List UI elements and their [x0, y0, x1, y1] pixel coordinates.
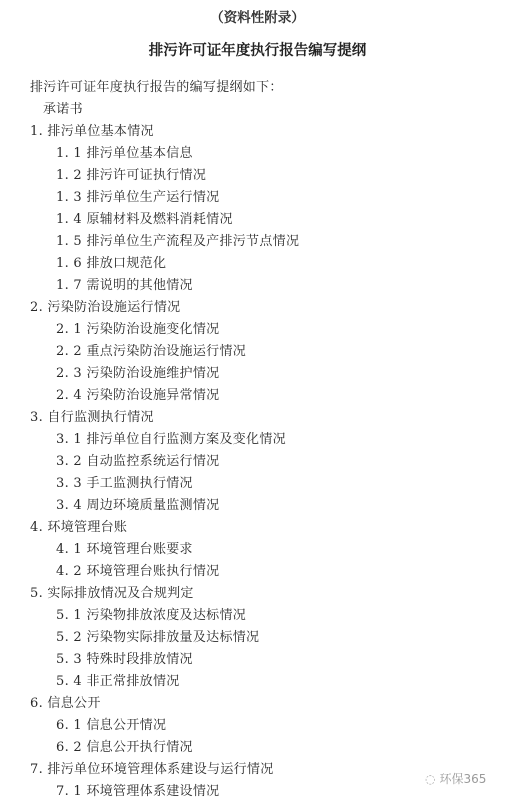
outline-item: 5. 2 污染物实际排放量及达标情况 [56, 626, 259, 645]
watermark: ◌ 环保365 [425, 770, 486, 787]
outline-item: 1. 6 排放口规范化 [56, 252, 166, 271]
outline-item: 3. 1 排污单位自行监测方案及变化情况 [56, 428, 286, 447]
outline-item: 4. 2 环境管理台账执行情况 [56, 560, 219, 579]
outline-item: 6. 2 信息公开执行情况 [56, 736, 193, 755]
outline-item: 6. 1 信息公开情况 [56, 714, 166, 733]
outline-item: 4. 1 环境管理台账要求 [56, 538, 193, 557]
section-2: 2. 污染防治设施运行情况 [30, 296, 180, 315]
outline-item: 2. 3 污染防治设施维护情况 [56, 362, 219, 381]
section-6: 6. 信息公开 [30, 692, 101, 711]
watermark-text: 环保365 [439, 770, 486, 787]
section-5: 5. 实际排放情况及合规判定 [30, 582, 194, 601]
outline-item: 3. 4 周边环境质量监测情况 [56, 494, 219, 513]
pledge-item: 承诺书 [43, 98, 83, 117]
outline-item: 5. 3 特殊时段排放情况 [56, 648, 193, 667]
intro-text: 排污许可证年度执行报告的编写提纲如下： [30, 76, 283, 95]
outline-item: 5. 4 非正常排放情况 [56, 670, 180, 689]
section-1: 1. 排污单位基本情况 [30, 120, 154, 139]
outline-item: 7. 1 环境管理体系建设情况 [56, 780, 219, 798]
outline-item: 2. 2 重点污染防治设施运行情况 [56, 340, 246, 359]
section-3: 3. 自行监测执行情况 [30, 406, 154, 425]
outline-item: 2. 4 污染防治设施异常情况 [56, 384, 219, 403]
outline-item: 2. 1 污染防治设施变化情况 [56, 318, 219, 337]
appendix-label: （资料性附录） [0, 6, 515, 26]
document-heading: 排污许可证年度执行报告编写提纲 [0, 39, 515, 60]
outline-item: 1. 2 排污许可证执行情况 [56, 164, 206, 183]
outline-item: 1. 5 排污单位生产流程及产排污节点情况 [56, 230, 299, 249]
section-7: 7. 排污单位环境管理体系建设与运行情况 [30, 758, 274, 777]
outline-item: 3. 3 手工监测执行情况 [56, 472, 193, 491]
outline-item: 1. 3 排污单位生产运行情况 [56, 186, 219, 205]
outline-item: 5. 1 污染物排放浓度及达标情况 [56, 604, 246, 623]
outline-item: 3. 2 自动监控系统运行情况 [56, 450, 219, 469]
wechat-icon: ◌ [425, 772, 435, 786]
outline-item: 1. 7 需说明的其他情况 [56, 274, 193, 293]
outline-item: 1. 1 排污单位基本信息 [56, 142, 193, 161]
outline-item: 1. 4 原辅材料及燃料消耗情况 [56, 208, 233, 227]
section-4: 4. 环境管理台账 [30, 516, 127, 535]
